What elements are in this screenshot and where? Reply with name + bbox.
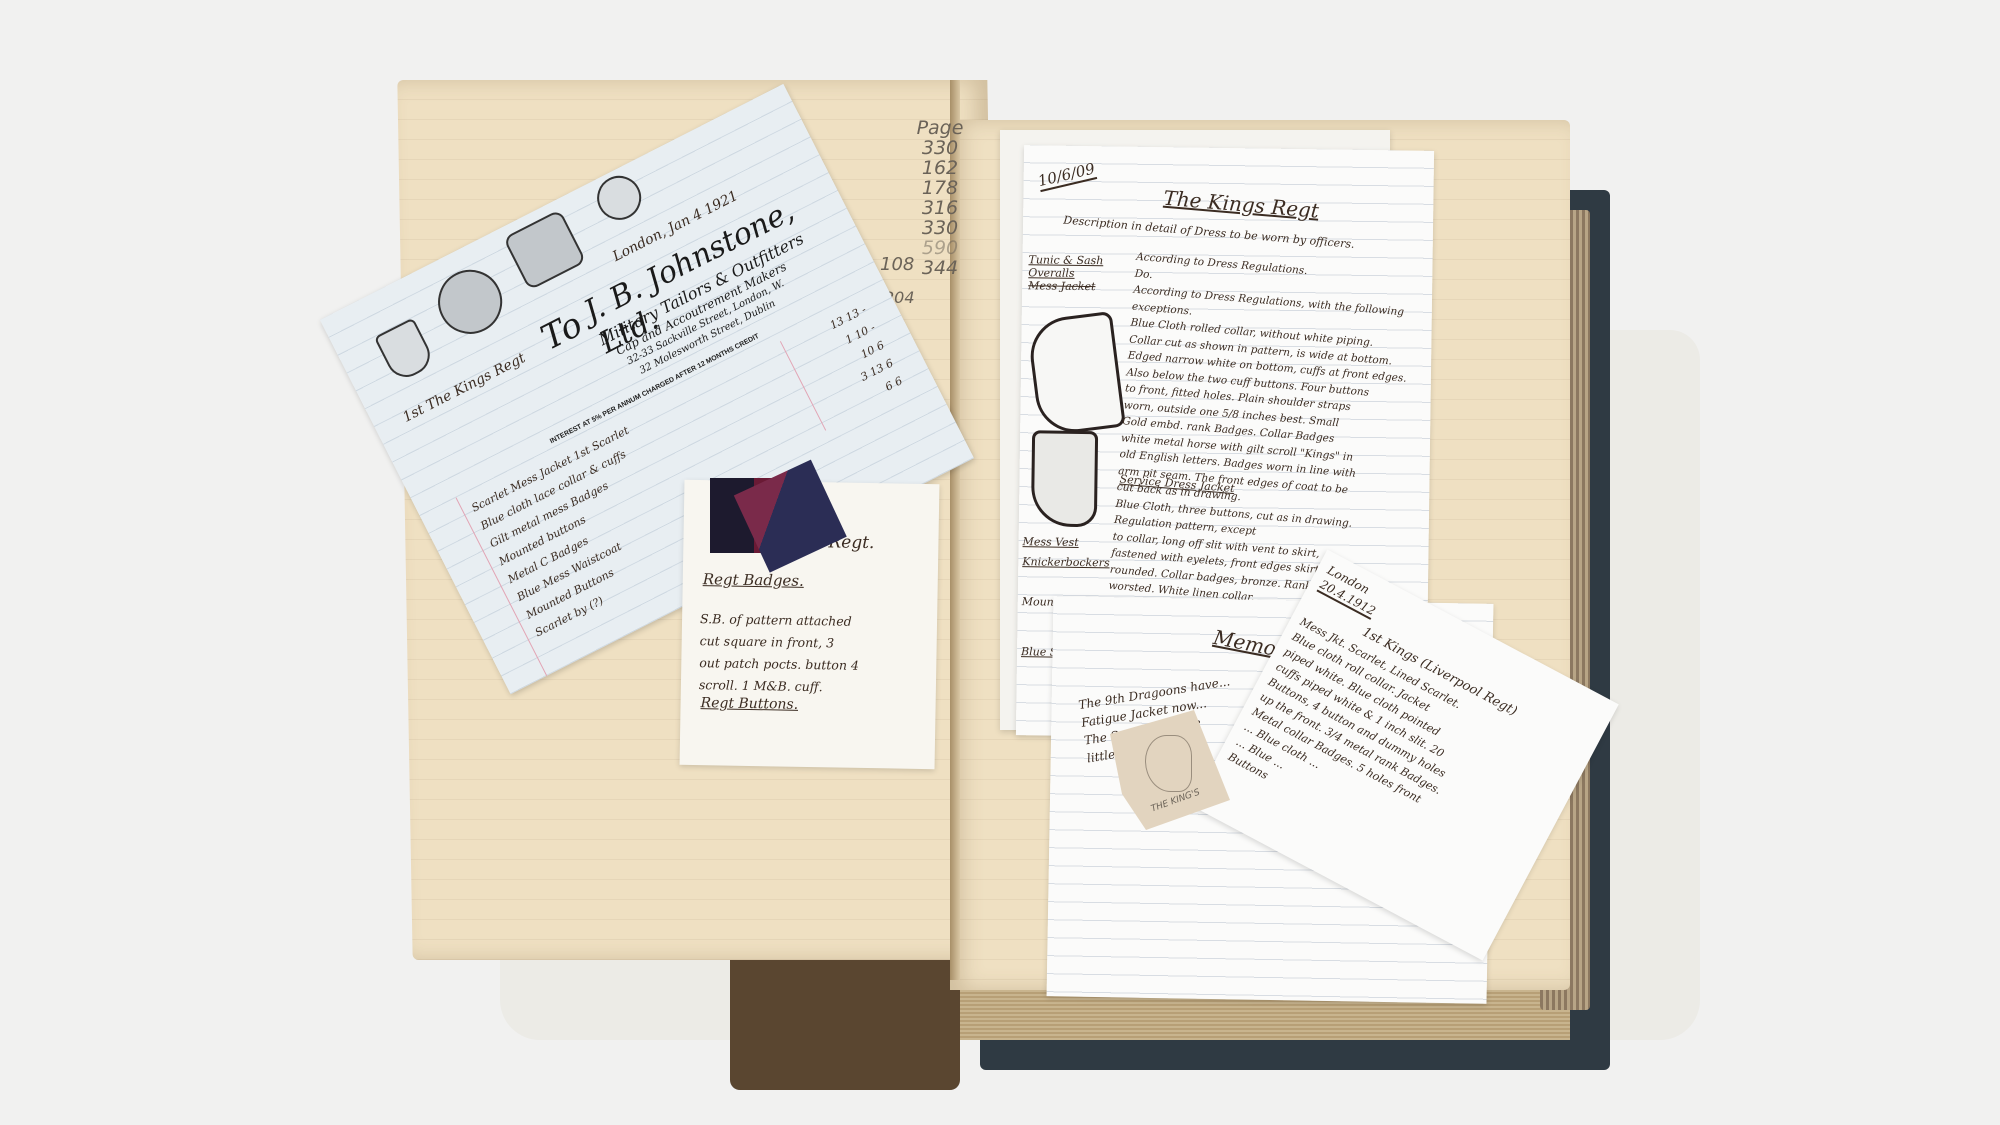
label-tunic: Tunic & Sash xyxy=(1028,253,1118,267)
swatch-note-line1: Regt Badges. xyxy=(703,570,804,590)
jacket-front-sketch xyxy=(1031,430,1098,527)
label-overalls: Overalls xyxy=(1028,266,1118,280)
page-number: 330 xyxy=(895,218,985,238)
sheet-labels: Tunic & Sash Overalls Mess Jacket xyxy=(1028,253,1119,293)
page-number: 178 xyxy=(895,178,985,198)
sheet-date: 10/6/09 xyxy=(1036,159,1097,192)
royal-crest-icon xyxy=(374,318,437,384)
royal-arms-icon xyxy=(427,259,513,345)
invoice-to-prefix: To xyxy=(535,304,589,358)
velvet-spine xyxy=(730,940,960,1090)
page-number: 162 xyxy=(895,158,985,178)
sheet-title: The Kings Regt xyxy=(1163,186,1320,223)
label-knickerbockers: Knickerbockers xyxy=(1022,555,1110,569)
seal-icon xyxy=(590,168,649,227)
label-mess-vest: Mess Vest xyxy=(1023,535,1113,549)
badge-horse-outline-icon xyxy=(1145,735,1192,792)
swatch-note-footer: Regt Buttons. xyxy=(700,695,798,713)
invoice-amounts: 13 13 - 1 10 - 10 6 3 13 6 6 6 xyxy=(780,300,906,430)
label-mess-jacket: Mess Jacket xyxy=(1028,279,1118,293)
page-number: 330 xyxy=(895,138,985,158)
swatch-note-body: S.B. of pattern attached cut square in f… xyxy=(699,608,931,700)
page-index-label: Page xyxy=(895,118,985,138)
page-number-extra: 108 xyxy=(880,254,914,275)
jacket-collar-sketch xyxy=(1026,311,1126,437)
sheet-labels-lower: Mess Vest xyxy=(1023,535,1113,549)
page-number: 316 xyxy=(895,198,985,218)
coat-of-arms-icon xyxy=(503,209,587,291)
